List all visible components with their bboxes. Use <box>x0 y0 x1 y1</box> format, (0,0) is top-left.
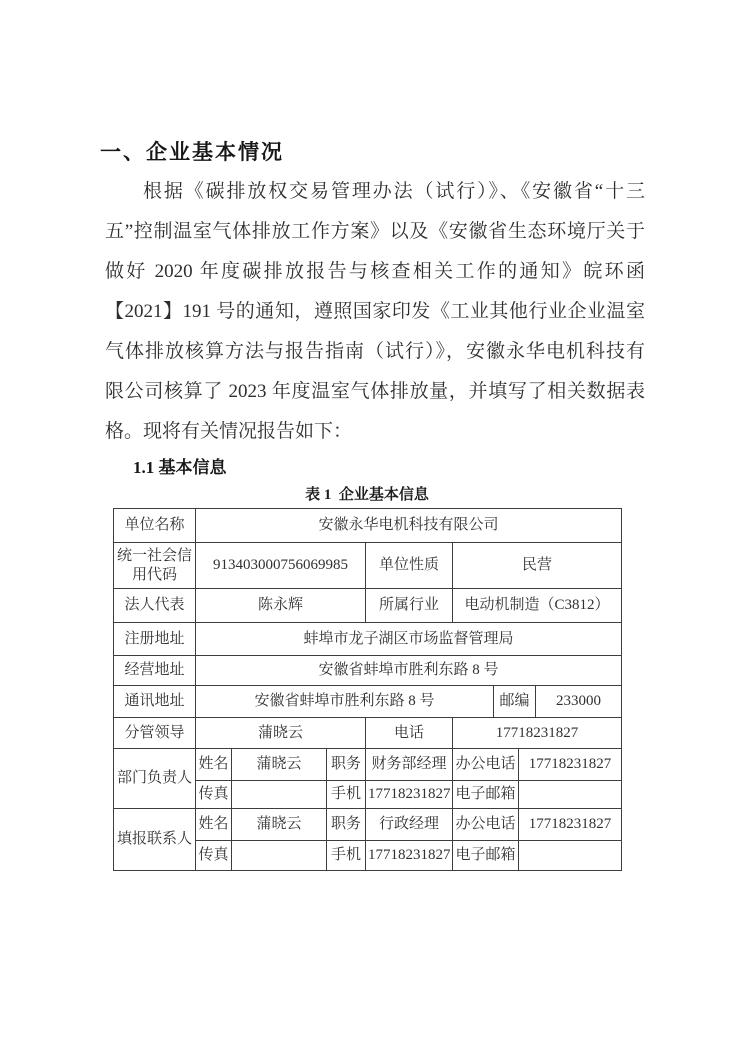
postcode-label-cell: 邮编 <box>494 686 536 718</box>
paragraph-line: 根据《碳排放权交易管理办法（试行）》、《安徽省“十三 <box>105 172 645 212</box>
company-info-table: 单位名称 安徽永华电机科技有限公司 统一社会信用代码 9134030007560… <box>113 508 622 871</box>
report-contact-office-phone-label-cell: 办公电话 <box>453 809 519 841</box>
dept-head-name-cell: 蒲晓云 <box>232 749 327 781</box>
dept-head-email-label-cell: 电子邮箱 <box>453 781 519 809</box>
report-contact-email-cell <box>519 841 622 871</box>
table-row: 填报联系人 姓名 蒲晓云 职务 行政经理 办公电话 17718231827 <box>114 809 622 841</box>
business-address-value-cell: 安徽省蚌埠市胜利东路 8 号 <box>196 656 622 686</box>
subsection-heading: 1.1 基本信息 <box>133 453 227 478</box>
dept-head-office-phone-label-cell: 办公电话 <box>453 749 519 781</box>
table-row: 法人代表 陈永辉 所属行业 电动机制造（C3812） <box>114 589 622 623</box>
report-contact-fax-label-cell: 传真 <box>196 841 232 871</box>
dept-head-group-label-cell: 部门负责人 <box>114 749 196 809</box>
table-row: 单位名称 安徽永华电机科技有限公司 <box>114 509 622 543</box>
section-heading: 一、企业基本情况 <box>100 136 284 166</box>
report-contact-mobile-label-cell: 手机 <box>327 841 366 871</box>
leader-value-cell: 蒲晓云 <box>196 718 366 749</box>
report-contact-name-cell: 蒲晓云 <box>232 809 327 841</box>
unit-type-label-cell: 单位性质 <box>366 543 453 589</box>
mailing-address-value-cell: 安徽省蚌埠市胜利东路 8 号 <box>196 686 494 718</box>
paragraph-line: 格。现将有关情况报告如下： <box>105 412 645 452</box>
industry-value-cell: 电动机制造（C3812） <box>453 589 622 623</box>
leader-label-cell: 分管领导 <box>114 718 196 749</box>
table-row: 部门负责人 姓名 蒲晓云 职务 财务部经理 办公电话 17718231827 <box>114 749 622 781</box>
table-row: 注册地址 蚌埠市龙子湖区市场监督管理局 <box>114 623 622 656</box>
report-contact-group-label-cell: 填报联系人 <box>114 809 196 871</box>
dept-head-mobile-label-cell: 手机 <box>327 781 366 809</box>
postcode-value-cell: 233000 <box>536 686 622 718</box>
report-contact-email-label-cell: 电子邮箱 <box>453 841 519 871</box>
dept-head-office-phone-cell: 17718231827 <box>519 749 622 781</box>
industry-label-cell: 所属行业 <box>366 589 453 623</box>
dept-head-mobile-cell: 17718231827 <box>366 781 453 809</box>
report-contact-fax-cell <box>232 841 327 871</box>
unit-name-value-cell: 安徽永华电机科技有限公司 <box>196 509 622 543</box>
report-contact-title-label-cell: 职务 <box>327 809 366 841</box>
table-row: 统一社会信用代码 913403000756069985 单位性质 民营 <box>114 543 622 589</box>
table-row: 经营地址 安徽省蚌埠市胜利东路 8 号 <box>114 656 622 686</box>
table-row: 分管领导 蒲晓云 电话 17718231827 <box>114 718 622 749</box>
unit-name-label-cell: 单位名称 <box>114 509 196 543</box>
report-contact-office-phone-cell: 17718231827 <box>519 809 622 841</box>
legal-rep-value-cell: 陈永辉 <box>196 589 366 623</box>
paragraph-line: 五”控制温室气体排放工作方案》以及《安徽省生态环境厅关于 <box>105 212 645 252</box>
mailing-address-label-cell: 通讯地址 <box>114 686 196 718</box>
leader-phone-label-cell: 电话 <box>366 718 453 749</box>
paragraph-line: 【2021】191 号的通知，遵照国家印发《工业其他行业企业温室 <box>105 292 645 332</box>
table-caption: 表 1 企业基本信息 <box>113 483 621 504</box>
business-address-label-cell: 经营地址 <box>114 656 196 686</box>
dept-head-fax-cell <box>232 781 327 809</box>
table-row: 通讯地址 安徽省蚌埠市胜利东路 8 号 邮编 233000 <box>114 686 622 718</box>
document-page: 一、企业基本情况 根据《碳排放权交易管理办法（试行）》、《安徽省“十三 五”控制… <box>0 0 740 1047</box>
registered-address-label-cell: 注册地址 <box>114 623 196 656</box>
unit-type-value-cell: 民营 <box>453 543 622 589</box>
dept-head-name-label-cell: 姓名 <box>196 749 232 781</box>
dept-head-email-cell <box>519 781 622 809</box>
credit-code-value-cell: 913403000756069985 <box>196 543 366 589</box>
leader-phone-value-cell: 17718231827 <box>453 718 622 749</box>
credit-code-label-cell: 统一社会信用代码 <box>114 543 196 589</box>
intro-paragraph: 根据《碳排放权交易管理办法（试行）》、《安徽省“十三 五”控制温室气体排放工作方… <box>105 172 645 452</box>
registered-address-value-cell: 蚌埠市龙子湖区市场监督管理局 <box>196 623 622 656</box>
legal-rep-label-cell: 法人代表 <box>114 589 196 623</box>
dept-head-fax-label-cell: 传真 <box>196 781 232 809</box>
dept-head-title-cell: 财务部经理 <box>366 749 453 781</box>
paragraph-line: 气体排放核算方法与报告指南（试行）》，安徽永华电机科技有 <box>105 332 645 372</box>
report-contact-name-label-cell: 姓名 <box>196 809 232 841</box>
paragraph-line: 做好 2020 年度碳排放报告与核查相关工作的通知》皖环函 <box>105 252 645 292</box>
report-contact-mobile-cell: 17718231827 <box>366 841 453 871</box>
report-contact-title-cell: 行政经理 <box>366 809 453 841</box>
dept-head-title-label-cell: 职务 <box>327 749 366 781</box>
paragraph-line: 限公司核算了 2023 年度温室气体排放量，并填写了相关数据表 <box>105 372 645 412</box>
